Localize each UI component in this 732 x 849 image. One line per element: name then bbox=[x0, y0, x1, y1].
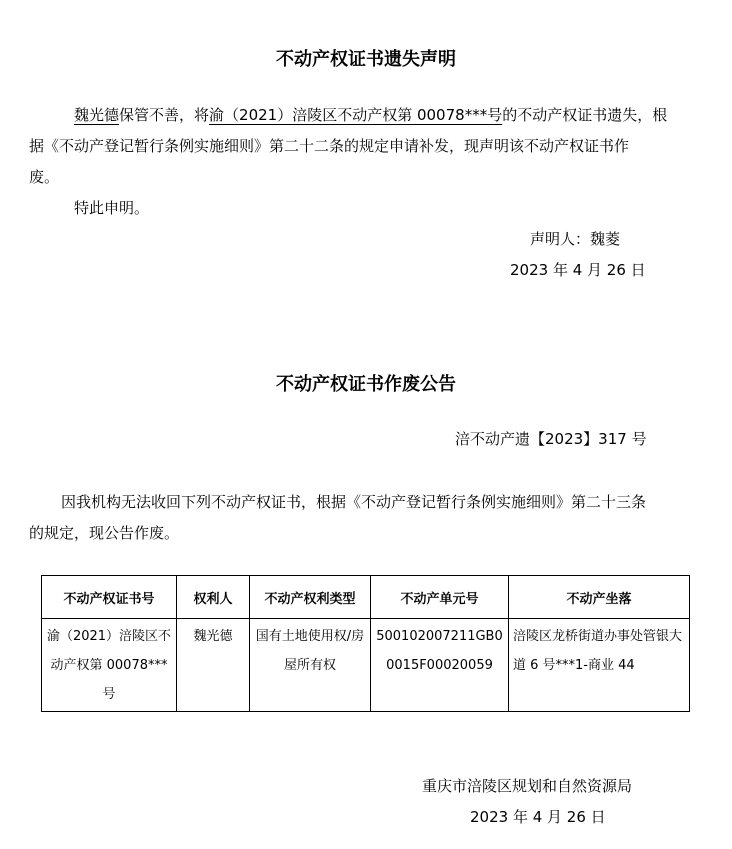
notice-date: 2023 年 4 月 26 日 bbox=[470, 802, 606, 833]
statement-text: 的不动产权证书遗失，根 bbox=[502, 106, 667, 124]
statement-title: 不动产权证书遗失声明 bbox=[0, 45, 732, 71]
statement-body-line-3: 废。 bbox=[29, 162, 59, 193]
owner-name: 魏光德 bbox=[74, 106, 119, 124]
column-header-unit-number: 不动产单元号 bbox=[371, 576, 509, 619]
notice-title: 不动产权证书作废公告 bbox=[0, 370, 732, 396]
table-header-row: 不动产权证书号 权利人 不动产权利类型 不动产单元号 不动产坐落 bbox=[42, 576, 690, 619]
statement-text: 保管不善，将 bbox=[119, 106, 209, 124]
void-certificate-table: 不动产权证书号 权利人 不动产权利类型 不动产单元号 不动产坐落 渝（2021）… bbox=[41, 575, 690, 712]
table-row: 渝（2021）涪陵区不动产权第 00078***号 魏光德 国有土地使用权/房屋… bbox=[42, 619, 690, 712]
statement-closing: 特此申明。 bbox=[74, 193, 149, 224]
cell-unit-number: 500102007211GB00015F00020059 bbox=[371, 619, 509, 712]
cell-location: 涪陵区龙桥街道办事处管银大道 6 号***1-商业 44 bbox=[509, 619, 690, 712]
statement-body-line-1: 魏光德保管不善，将渝（2021）涪陵区不动产权第 00078***号的不动产权证… bbox=[74, 100, 667, 131]
statement-declarant: 声明人：魏菱 bbox=[530, 224, 620, 255]
cell-right-type: 国有土地使用权/房屋所有权 bbox=[250, 619, 371, 712]
notice-body-line-1: 因我机构无法收回下列不动产权证书，根据《不动产登记暂行条例实施细则》第二十三条 bbox=[61, 487, 646, 518]
column-header-right-type: 不动产权利类型 bbox=[250, 576, 371, 619]
statement-body-line-2: 据《不动产登记暂行条例实施细则》第二十二条的规定申请补发，现声明该不动产权证书作 bbox=[29, 131, 629, 162]
notice-issuer: 重庆市涪陵区规划和自然资源局 bbox=[422, 771, 632, 802]
notice-document-number: 涪不动产遗【2023】317 号 bbox=[455, 424, 647, 455]
notice-body-line-2: 的规定，现公告作废。 bbox=[29, 518, 179, 549]
column-header-location: 不动产坐落 bbox=[509, 576, 690, 619]
certificate-number: 渝（2021）涪陵区不动产权第 00078***号 bbox=[209, 106, 502, 124]
column-header-right-holder: 权利人 bbox=[177, 576, 250, 619]
cell-right-holder: 魏光德 bbox=[177, 619, 250, 712]
cell-certificate-number: 渝（2021）涪陵区不动产权第 00078***号 bbox=[42, 619, 177, 712]
statement-date: 2023 年 4 月 26 日 bbox=[510, 255, 646, 286]
column-header-certificate-number: 不动产权证书号 bbox=[42, 576, 177, 619]
